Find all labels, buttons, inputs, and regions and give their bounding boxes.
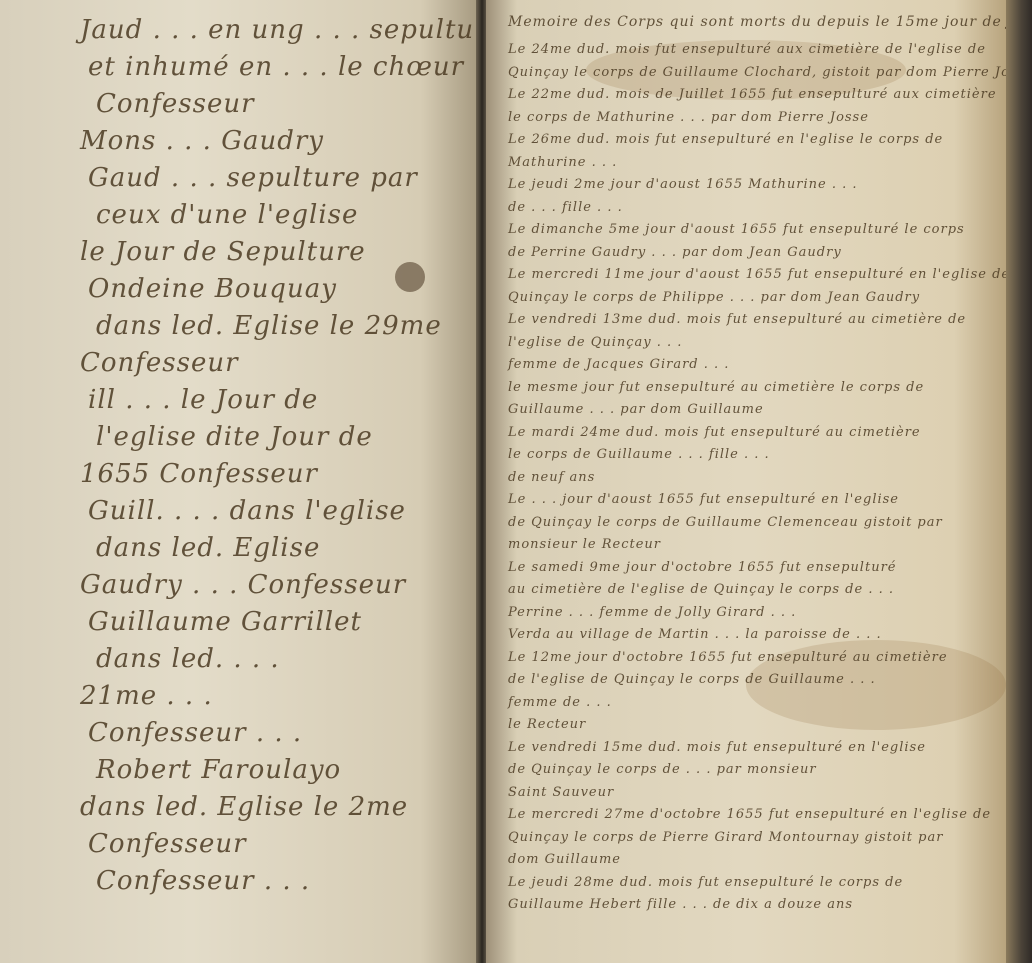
handwritten-line: Le samedi 9me jour d'octobre 1655 fut en…	[508, 560, 896, 575]
handwritten-line: de Perrine Gaudry . . . par dom Jean Gau…	[508, 245, 842, 260]
handwritten-line: Quinçay le corps de Philippe . . . par d…	[508, 290, 920, 305]
handwritten-line: Confesseur	[80, 348, 239, 378]
handwritten-line: Guillaume . . . par dom Guillaume	[508, 402, 764, 417]
handwritten-line: ceux d'une l'eglise	[96, 200, 358, 230]
handwritten-line: 1655 Confesseur	[80, 459, 318, 489]
handwritten-line: Guillaume Hebert fille . . . de dix a do…	[508, 897, 853, 912]
handwritten-line: de Quinçay le corps de Guillaume Clemenc…	[508, 515, 943, 530]
handwritten-line: Le 24me dud. mois fut ensepulturé aux ci…	[508, 42, 986, 57]
handwritten-line: de neuf ans	[508, 470, 595, 485]
handwritten-line: et inhumé en . . . le chœur	[88, 52, 464, 82]
handwritten-line: Le 26me dud. mois fut ensepulturé en l'e…	[508, 132, 943, 147]
handwritten-line: Confesseur . . .	[96, 866, 310, 896]
handwritten-line: le corps de Guillaume . . . fille . . .	[508, 447, 770, 462]
handwritten-line: dans led. Eglise le 2me	[80, 792, 408, 822]
handwritten-line: Le jeudi 2me jour d'aoust 1655 Mathurine…	[508, 177, 858, 192]
handwritten-line: ill . . . le Jour de	[88, 385, 318, 415]
handwritten-line: Guill. . . . dans l'eglise	[88, 496, 406, 526]
open-register-book: Jaud . . . en ung . . . sepultureet inhu…	[0, 0, 1032, 963]
handwritten-line: l'eglise dite Jour de	[96, 422, 373, 452]
page-edges	[1006, 0, 1032, 963]
handwritten-line: Robert Faroulayo	[96, 755, 341, 785]
handwritten-line: Guillaume Garrillet	[88, 607, 362, 637]
handwritten-line: Le vendredi 13me dud. mois fut ensepultu…	[508, 312, 966, 327]
register-header: Memoire des Corps qui sont morts du depu…	[508, 14, 1006, 30]
handwritten-line: femme de . . .	[508, 695, 612, 710]
handwritten-line: dans led. Eglise le 29me	[96, 311, 442, 341]
handwritten-line: Quinçay le corps de Guillaume Clochard, …	[508, 65, 1006, 80]
handwritten-line: Gaud . . . sepulture par	[88, 163, 418, 193]
handwritten-line: le mesme jour fut ensepulturé au cimetiè…	[508, 380, 924, 395]
handwritten-line: dans led. . . .	[96, 644, 280, 674]
handwritten-line: dom Guillaume	[508, 852, 621, 867]
handwritten-line: Le jeudi 28me dud. mois fut ensepulturé …	[508, 875, 903, 890]
handwritten-line: l'eglise de Quinçay . . .	[508, 335, 682, 350]
handwritten-line: Le mercredi 27me d'octobre 1655 fut ense…	[508, 807, 991, 822]
handwritten-line: Le . . . jour d'aoust 1655 fut ensepultu…	[508, 492, 899, 507]
handwritten-line: femme de Jacques Girard . . .	[508, 357, 729, 372]
handwritten-line: le Recteur	[508, 717, 586, 732]
handwritten-line: Le 22me dud. mois de Juillet 1655 fut en…	[508, 87, 997, 102]
ink-blot	[395, 262, 425, 292]
handwritten-line: Le vendredi 15me dud. mois fut ensepultu…	[508, 740, 926, 755]
handwritten-line: Confesseur	[96, 89, 255, 119]
handwritten-line: 21me . . .	[80, 681, 213, 711]
handwritten-line: Verda au village de Martin . . . la paro…	[508, 627, 882, 642]
handwritten-line: Saint Sauveur	[508, 785, 614, 800]
handwritten-line: Confesseur . . .	[88, 718, 302, 748]
left-page: Jaud . . . en ung . . . sepultureet inhu…	[0, 0, 478, 963]
handwritten-line: Perrine . . . femme de Jolly Girard . . …	[508, 605, 796, 620]
handwritten-line: Gaudry . . . Confesseur	[80, 570, 406, 600]
handwritten-line: le corps de Mathurine . . . par dom Pier…	[508, 110, 869, 125]
handwritten-line: monsieur le Recteur	[508, 537, 661, 552]
handwritten-line: Le 12me jour d'octobre 1655 fut ensepult…	[508, 650, 948, 665]
handwritten-line: Le mercredi 11me jour d'aoust 1655 fut e…	[508, 267, 1006, 282]
handwritten-line: Confesseur	[88, 829, 247, 859]
handwritten-line: Le mardi 24me dud. mois fut ensepulturé …	[508, 425, 921, 440]
handwritten-line: Mathurine . . .	[508, 155, 617, 170]
handwritten-line: Jaud . . . en ung . . . sepulture	[80, 15, 478, 45]
handwritten-line: le Jour de Sepulture	[80, 237, 366, 267]
handwritten-line: Mons . . . Gaudry	[80, 126, 324, 156]
handwritten-line: au cimetière de l'eglise de Quinçay le c…	[508, 582, 894, 597]
handwritten-line: de l'eglise de Quinçay le corps de Guill…	[508, 672, 876, 687]
handwritten-line: de . . . fille . . .	[508, 200, 623, 215]
right-page: Memoire des Corps qui sont morts du depu…	[486, 0, 1006, 963]
handwritten-line: de Quinçay le corps de . . . par monsieu…	[508, 762, 817, 777]
handwritten-line: Ondeine Bouquay	[88, 274, 337, 304]
handwritten-line: dans led. Eglise	[96, 533, 320, 563]
handwritten-line: Quinçay le corps de Pierre Girard Montou…	[508, 830, 943, 845]
handwritten-line: Le dimanche 5me jour d'aoust 1655 fut en…	[508, 222, 965, 237]
